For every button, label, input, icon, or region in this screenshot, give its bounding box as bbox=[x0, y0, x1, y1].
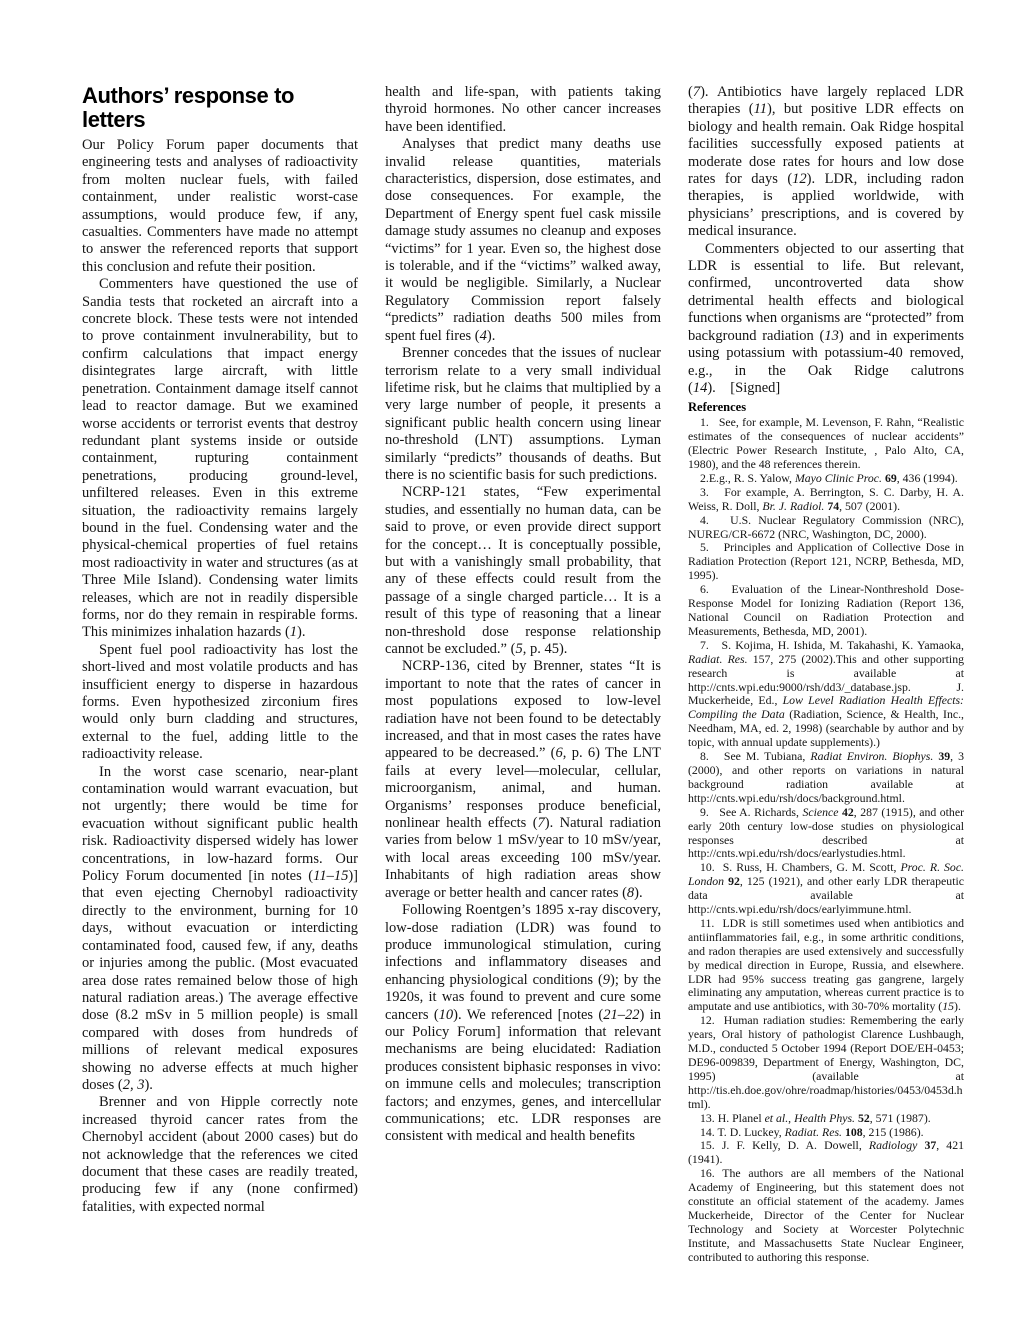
body-paragraph-3: Spent fuel pool radioactivity has lost t… bbox=[82, 642, 358, 764]
body-paragraph-4: In the worst case scenario, near-plant c… bbox=[82, 764, 358, 1095]
reference-item-12: 12. Human radiation studies: Remembering… bbox=[688, 1014, 964, 1111]
reference-item-13: 13. H. Planel et al., Health Phys. 52, 5… bbox=[688, 1112, 964, 1126]
body-paragraph-8: NCRP-121 states, “Few experimental studi… bbox=[385, 484, 661, 658]
reference-item-14: 14. T. D. Luckey, Radiat. Res. 108, 215 … bbox=[688, 1126, 964, 1140]
reference-item-2: 2.E.g., R. S. Yalow, Mayo Clinic Proc. 6… bbox=[688, 472, 964, 486]
body-paragraph-6: Analyses that predict many deaths use in… bbox=[385, 136, 661, 345]
reference-item-4: 4. U.S. Nuclear Regulatory Commission (N… bbox=[688, 514, 964, 542]
reference-item-5: 5. Principles and Application of Collect… bbox=[688, 541, 964, 583]
reference-item-8: 8. See M. Tubiana, Radiat Environ. Bioph… bbox=[688, 750, 964, 806]
references-heading: References bbox=[688, 400, 964, 415]
body-paragraph-1: Our Policy Forum paper documents that en… bbox=[82, 137, 358, 276]
reference-item-7: 7. S. Kojima, H. Ishida, M. Takahashi, K… bbox=[688, 639, 964, 750]
reference-item-10: 10. S. Russ, H. Chambers, G. M. Scott, P… bbox=[688, 861, 964, 917]
body-paragraph-9: NCRP-136, cited by Brenner, states “It i… bbox=[385, 658, 661, 902]
column-1: Authors’ response to letters Our Policy … bbox=[82, 84, 358, 1265]
body-paragraph-11: Commenters objected to our asserting tha… bbox=[688, 241, 964, 398]
reference-item-16: 16. The authors are all members of the N… bbox=[688, 1167, 964, 1264]
document-page: Authors’ response to letters Our Policy … bbox=[82, 84, 964, 1265]
reference-item-9: 9. See A. Richards, Science 42, 287 (191… bbox=[688, 806, 964, 862]
body-paragraph-10-continued: (7). Antibiotics have largely replaced L… bbox=[688, 84, 964, 241]
article-title: Authors’ response to letters bbox=[82, 84, 358, 132]
column-2: health and life-span, with patients taki… bbox=[385, 84, 661, 1265]
body-paragraph-10: Following Roentgen’s 1895 x-ray discover… bbox=[385, 902, 661, 1146]
reference-item-6: 6. Evaluation of the Linear-Nonthreshold… bbox=[688, 583, 964, 639]
reference-item-11: 11. LDR is still sometimes used when ant… bbox=[688, 917, 964, 1014]
body-paragraph-5-continued: health and life-span, with patients taki… bbox=[385, 84, 661, 136]
column-3: (7). Antibiotics have largely replaced L… bbox=[688, 84, 964, 1265]
reference-item-15: 15. J. F. Kelly, D. A. Dowell, Radiology… bbox=[688, 1139, 964, 1167]
body-paragraph-5: Brenner and von Hipple correctly note in… bbox=[82, 1094, 358, 1216]
body-paragraph-2: Commenters have questioned the use of Sa… bbox=[82, 276, 358, 642]
reference-item-3: 3. For example, A. Berrington, S. C. Dar… bbox=[688, 486, 964, 514]
reference-item-1: 1. See, for example, M. Levenson, F. Rah… bbox=[688, 416, 964, 472]
body-paragraph-7: Brenner concedes that the issues of nucl… bbox=[385, 345, 661, 484]
